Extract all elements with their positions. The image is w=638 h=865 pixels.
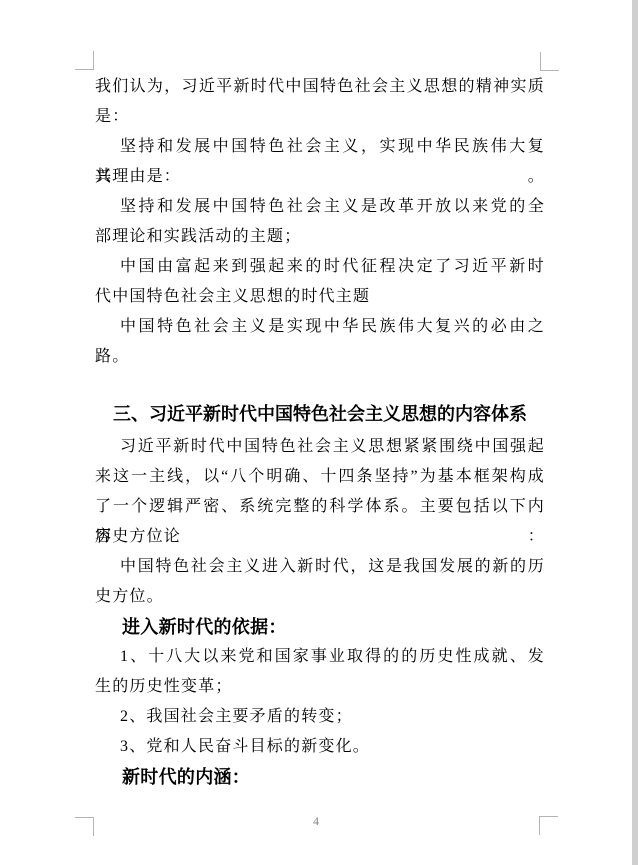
text-boundary-mark-top-right [540, 52, 559, 71]
body-line: 我们认为，习近平新时代中国特色社会主义思想的精神实质 [95, 72, 545, 102]
list-item-line: 3、党和人民奋斗目标的新变化。 [95, 732, 545, 762]
text-column: 我们认为，习近平新时代中国特色社会主义思想的精神实质 是： 坚持和发展中国特色社… [95, 72, 545, 792]
list-item-line: 1、十八大以来党和国家事业取得的的历史性成就、发 [95, 642, 545, 672]
body-line: 代中国特色社会主义思想的时代主题 [95, 282, 545, 312]
body-line: 习近平新时代中国特色社会主义思想紧紧围绕中国强起 [95, 432, 545, 462]
body-line: 路。 [95, 342, 545, 372]
subsection-heading: 新时代的内涵： [95, 762, 545, 792]
body-line: 中国由富起来到强起来的时代征程决定了习近平新时 [95, 252, 545, 282]
paragraph-gap [95, 372, 545, 396]
body-line: 中国特色社会主义进入新时代，这是我国发展的新的历 [95, 552, 545, 582]
subsection-heading: 进入新时代的依据： [95, 612, 545, 642]
canvas-edge-strip [632, 0, 638, 865]
body-line: 中国特色社会主义是实现中华民族伟大复兴的必由之 [95, 312, 545, 342]
body-line: 史方位。 [95, 582, 545, 612]
body-line: 了一个逻辑严密、系统完整的科学体系。主要包括以下内容： [95, 492, 545, 522]
list-item-line: 生的历史性变革； [95, 672, 545, 702]
body-line: 部理论和实践活动的主题； [95, 222, 545, 252]
list-item-line: 2、我国社会主要矛盾的转变； [95, 702, 545, 732]
page-number: 4 [0, 814, 632, 828]
section-heading: 三、习近平新时代中国特色社会主义思想的内容体系 [95, 396, 545, 432]
body-line: 坚持和发展中国特色社会主义，实现中华民族伟大复兴。 [95, 132, 545, 162]
text-boundary-mark-top-left [75, 51, 94, 70]
body-line: 是： [95, 102, 545, 132]
body-line: 坚持和发展中国特色社会主义是改革开放以来党的全 [95, 192, 545, 222]
document-page: 我们认为，习近平新时代中国特色社会主义思想的精神实质 是： 坚持和发展中国特色社… [0, 0, 638, 865]
body-line: 来这一主线，以“八个明确、十四条坚持”为基本框架构成 [95, 462, 545, 492]
